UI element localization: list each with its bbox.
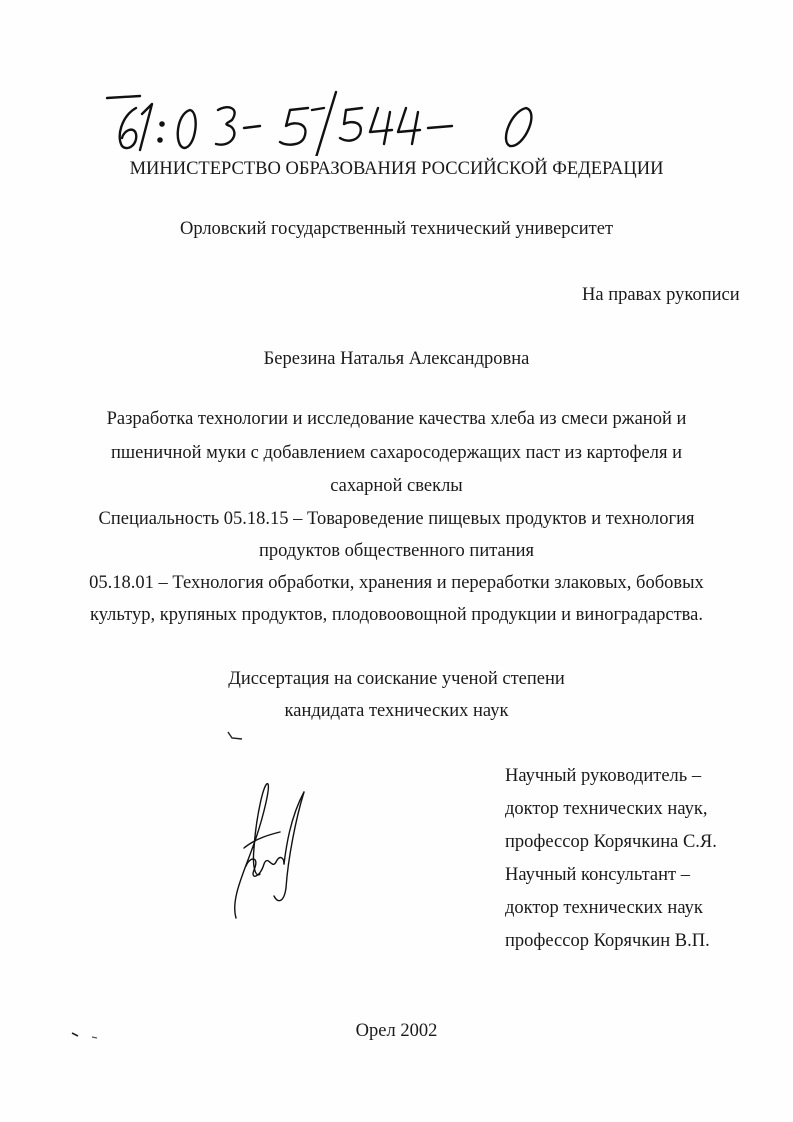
specialty-line: продуктов общественного питания (0, 540, 793, 562)
degree-line: кандидата технических наук (0, 700, 793, 722)
advisor-line: профессор Корячкин В.П. (505, 930, 710, 952)
ministry-heading: МИНИСТЕРСТВО ОБРАЗОВАНИЯ РОССИЙСКОЙ ФЕДЕ… (0, 158, 793, 180)
specialty-line: Специальность 05.18.15 – Товароведение п… (0, 508, 793, 530)
advisor-line: Научный консультант – (505, 864, 690, 886)
author-name: Березина Наталья Александровна (0, 348, 793, 370)
scan-speck-icon (226, 730, 246, 742)
dissertation-title-page: МИНИСТЕРСТВО ОБРАЗОВАНИЯ РОССИЙСКОЙ ФЕДЕ… (0, 0, 793, 1122)
specialty-line: культур, крупяных продуктов, плодовоовощ… (0, 604, 793, 626)
signature-icon (226, 778, 316, 923)
advisor-line: Научный руководитель – (505, 765, 701, 787)
advisor-line: доктор технических наук, (505, 798, 707, 820)
degree-line: Диссертация на соискание ученой степени (0, 668, 793, 690)
handwritten-archive-code (100, 86, 560, 156)
advisor-line: доктор технических наук (505, 897, 703, 919)
dissertation-title-line: сахарной свеклы (0, 475, 793, 497)
city-year: Орел 2002 (0, 1020, 793, 1042)
dissertation-title-line: пшеничной муки с добавлением сахаросодер… (0, 442, 793, 464)
manuscript-rights-label: На правах рукописи (582, 284, 740, 306)
scan-speck-icon (70, 1030, 110, 1044)
specialty-line: 05.18.01 – Технология обработки, хранени… (0, 572, 793, 594)
advisor-line: профессор Корячкина С.Я. (505, 831, 717, 853)
dissertation-title-line: Разработка технологии и исследование кач… (0, 408, 793, 430)
university-name: Орловский государственный технический ун… (0, 218, 793, 240)
